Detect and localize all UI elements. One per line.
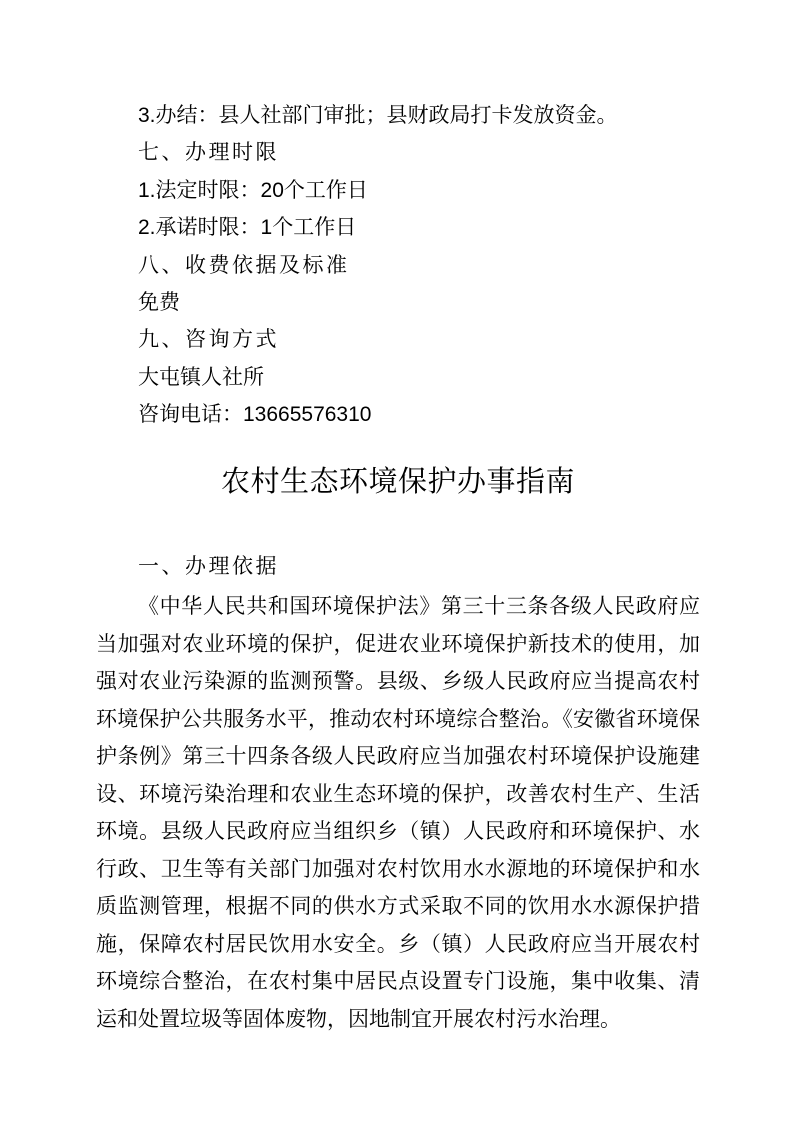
section-heading-basis: 一、办理依据 xyxy=(96,548,700,586)
document-page: 3.办结：县人社部门审批；县财政局打卡发放资金。七、办理时限1.法定时限：20个… xyxy=(0,0,793,1122)
info-lines: 3.办结：县人社部门审批；县财政局打卡发放资金。七、办理时限1.法定时限：20个… xyxy=(96,97,700,434)
info-line: 1.法定时限：20个工作日 xyxy=(96,172,700,209)
info-line: 九、咨询方式 xyxy=(96,321,700,358)
info-line: 大屯镇人社所 xyxy=(96,359,700,396)
document-title: 农村生态环境保护办事指南 xyxy=(96,460,700,504)
document-content: 3.办结：县人社部门审批；县财政局打卡发放资金。七、办理时限1.法定时限：20个… xyxy=(96,0,700,1038)
basis-paragraph: 《中华人民共和国环境保护法》第三十三条各级人民政府应当加强对农业环境的保护，促进… xyxy=(96,588,700,1038)
info-line: 七、办理时限 xyxy=(96,134,700,171)
info-line: 咨询电话：13665576310 xyxy=(96,396,700,433)
info-line: 八、收费依据及标准 xyxy=(96,247,700,284)
info-line: 2.承诺时限：1个工作日 xyxy=(96,209,700,246)
info-line: 3.办结：县人社部门审批；县财政局打卡发放资金。 xyxy=(96,97,700,134)
info-line: 免费 xyxy=(96,284,700,321)
